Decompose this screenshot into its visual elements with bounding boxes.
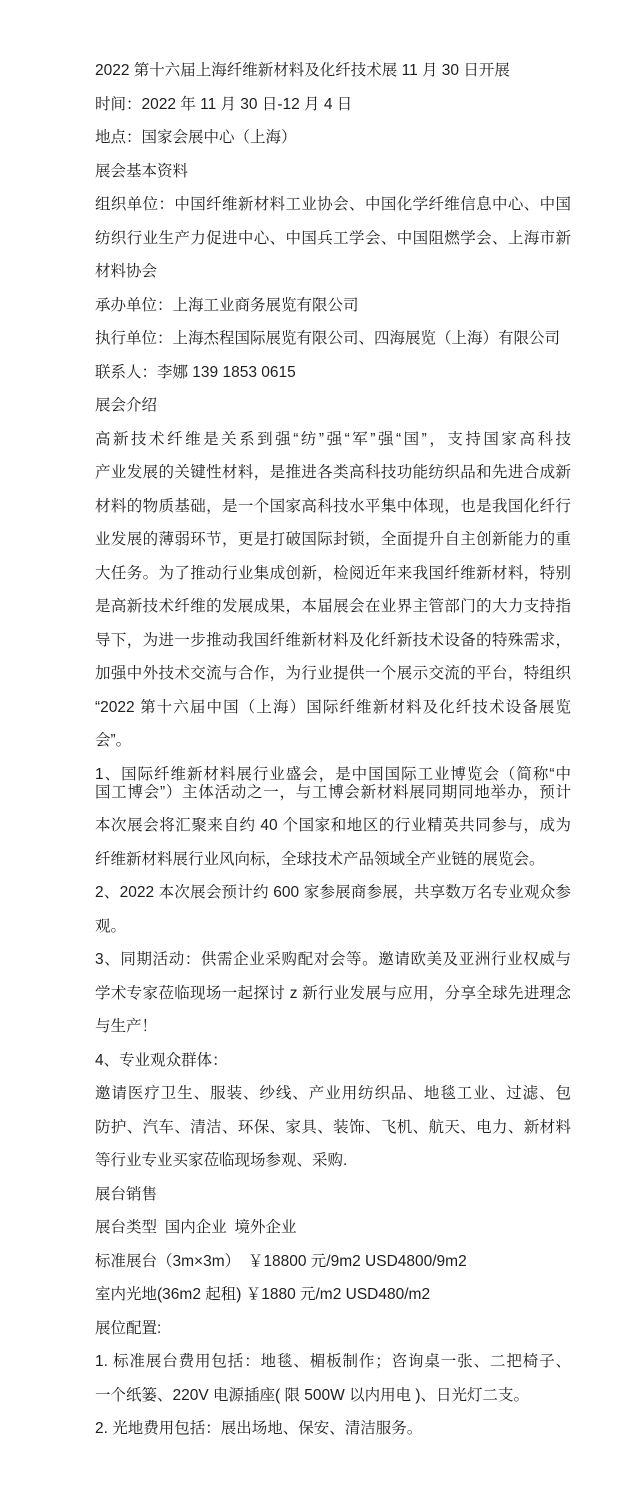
text-line: 导下，为进一步推动我国纤维新材料及化纤新技术设备的特殊需求， — [95, 624, 571, 658]
text-line: 2、2022 本次展会预计约 600 家参展商参展，共享数万名专业观众参 — [95, 876, 571, 910]
text-line: 展会介绍 — [95, 389, 571, 423]
text-line: 1. 标准展台费用包括：地毯、楣板制作；咨询桌一张、二把椅子、 — [95, 1345, 571, 1379]
text-line: 高新技术纤维是关系到强“纺”强“军”强“国”，支持国家高科技 — [95, 423, 571, 457]
text-line: 防护、汽车、清洁、环保、家具、装饰、飞机、航天、电力、新材料 — [95, 1111, 571, 1145]
text-line: 大任务。为了推动行业集成创新，检阅近年来我国纤维新材料，特别 — [95, 557, 571, 591]
text-line: 材料协会 — [95, 255, 571, 289]
section-booth-config: 展位配置:1. 标准展台费用包括：地毯、楣板制作；咨询桌一张、二把椅子、一个纸篓… — [95, 1312, 571, 1446]
text-line: 观。 — [95, 910, 571, 944]
text-line: 时间：2022 年 11 月 30 日-12 月 4 日 — [95, 88, 571, 122]
text-line: 展台销售 — [95, 1178, 571, 1212]
text-line: 纺织行业生产力促进中心、中国兵工学会、中国阻燃学会、上海市新 — [95, 222, 571, 256]
text-line: 材料的物质基础，是一个国家高科技水平集中体现，也是我国化纤行 — [95, 490, 571, 524]
text-line: 本次展会将汇聚来自约 40 个国家和地区的行业精英共同参与，成为 — [95, 809, 571, 843]
text-line: 3、同期活动：供需企业采购配对会等。邀请欧美及亚洲行业权威与 — [95, 943, 571, 977]
text-line: 联系人：李娜 139 1853 0615 — [95, 356, 571, 390]
text-line: 加强中外技术交流与合作，为行业提供一个展示交流的平台，特组织 — [95, 657, 571, 691]
text-line: 执行单位：上海杰程国际展览有限公司、四海展览（上海）有限公司 — [95, 322, 571, 356]
text-line: “2022 第十六届中国（上海）国际纤维新材料及化纤技术设备展览 — [95, 691, 571, 725]
section-highlights: 1、国际纤维新材料展行业盛会，是中国国际工业博览会（简称“中国工博会”）主体活动… — [95, 758, 571, 1178]
section-basic-info: 时间：2022 年 11 月 30 日-12 月 4 日地点：国家会展中心（上海… — [95, 88, 571, 390]
text-line: 4、专业观众群体： — [95, 1044, 571, 1078]
text-line: 2. 光地费用包括：展出场地、保安、清洁服务。 — [95, 1412, 571, 1446]
text-content: 2022 第十六届上海纤维新材料及化纤技术展 11 月 30 日开展时间：202… — [95, 54, 571, 1446]
section-booth-sales: 展台销售展台类型 国内企业 境外企业标准展台（3m×3m） ￥18800 元/9… — [95, 1178, 571, 1312]
text-line: 承办单位：上海工业商务展览有限公司 — [95, 289, 571, 323]
text-line: 业发展的薄弱环节，更是打破国际封锁，全面提升自主创新能力的重 — [95, 523, 571, 557]
text-line: 邀请医疗卫生、服装、纱线、产业用纺织品、地毯工业、过滤、包装、 — [95, 1077, 571, 1111]
section-introduction: 展会介绍高新技术纤维是关系到强“纺”强“军”强“国”，支持国家高科技产业发展的关… — [95, 389, 571, 758]
text-line: 室内光地(36m2 起租) ￥1880 元/m2 USD480/m2 — [95, 1278, 571, 1312]
section-title: 2022 第十六届上海纤维新材料及化纤技术展 11 月 30 日开展 — [95, 54, 571, 88]
text-line: 是高新技术纤维的发展成果，本届展会在业界主管部门的大力支持指 — [95, 590, 571, 624]
text-line: 一个纸篓、220V 电源插座( 限 500W 以内用电 )、日光灯二支。 — [95, 1379, 571, 1413]
text-line: 展台类型 国内企业 境外企业 — [95, 1211, 571, 1245]
text-line: 组织单位：中国纤维新材料工业协会、中国化学纤维信息中心、中国 — [95, 188, 571, 222]
text-line: 学术专家莅临现场一起探讨 z 新行业发展与应用，分享全球先进理念 — [95, 977, 571, 1011]
text-line: 展会基本资料 — [95, 155, 571, 189]
text-line: 地点：国家会展中心（上海） — [95, 121, 571, 155]
text-line: 纤维新材料展行业风向标，全球技术产品领域全产业链的展览会。 — [95, 843, 571, 877]
text-line: 等行业专业买家莅临现场参观、采购. — [95, 1144, 571, 1178]
document-page: 2022 第十六届上海纤维新材料及化纤技术展 11 月 30 日开展时间：202… — [0, 0, 640, 1502]
text-line: 标准展台（3m×3m） ￥18800 元/9m2 USD4800/9m2 — [95, 1245, 571, 1279]
text-line: 产业发展的关键性材料，是推进各类高科技功能纺织品和先进合成新 — [95, 456, 571, 490]
text-line: 会”。 — [95, 724, 571, 758]
text-line: 与生产！ — [95, 1010, 571, 1044]
text-line: 展位配置: — [95, 1312, 571, 1346]
text-line: 国工博会”）主体活动之一，与工博会新材料展同期同地举办，预计 — [95, 776, 571, 810]
text-line: 2022 第十六届上海纤维新材料及化纤技术展 11 月 30 日开展 — [95, 54, 571, 88]
